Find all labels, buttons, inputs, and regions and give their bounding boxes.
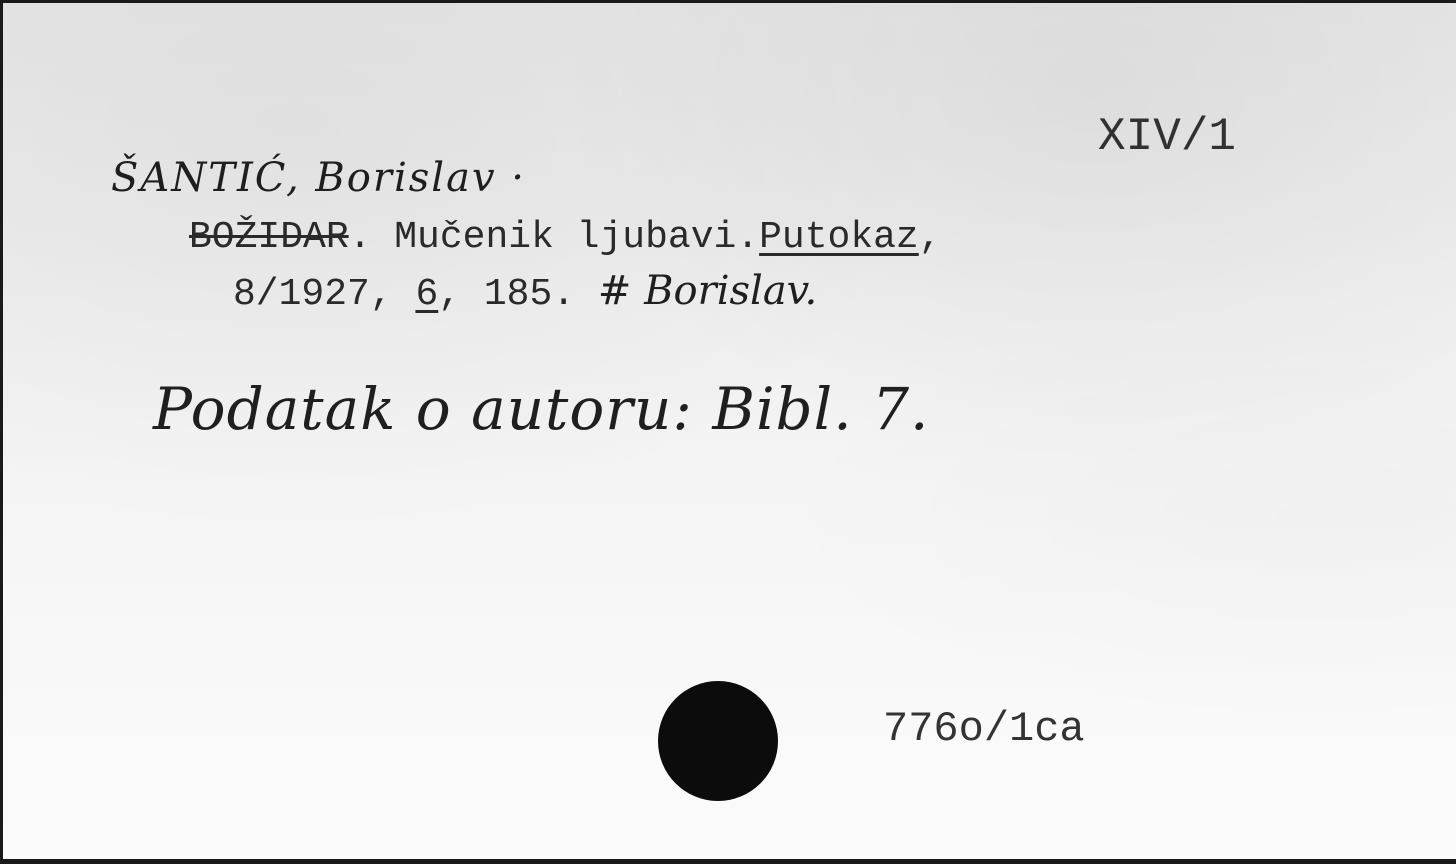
journal-name: Putokaz	[759, 216, 919, 259]
call-number: XIV/1	[1098, 111, 1236, 163]
handwritten-author-heading: ŠANTIĆ, Borislav ·	[111, 155, 526, 201]
accession-number: 776o/1ca	[883, 705, 1085, 753]
struck-author-name: BOŽIDAR	[189, 216, 349, 259]
handwritten-author-note: Podatak o autoru: Bibl. 7.	[153, 375, 929, 443]
citation-date: 8/1927,	[233, 273, 415, 316]
catalog-card: XIV/1 ŠANTIĆ, Borislav · BOŽIDAR. Mučeni…	[3, 3, 1456, 859]
entry-line-2: 8/1927, 6, 185. # Borislav.	[233, 268, 817, 316]
title-separator: .	[349, 216, 395, 259]
article-title: Mučenik ljubavi.	[394, 216, 759, 259]
entry-line-1: BOŽIDAR. Mučenik ljubavi.Putokaz,	[189, 216, 942, 259]
page-number: , 185.	[438, 273, 598, 316]
punch-hole-icon	[658, 681, 778, 801]
handwritten-hash-note: # Borislav.	[598, 268, 817, 314]
journal-tail: ,	[919, 216, 942, 259]
volume-number: 6	[415, 273, 438, 316]
